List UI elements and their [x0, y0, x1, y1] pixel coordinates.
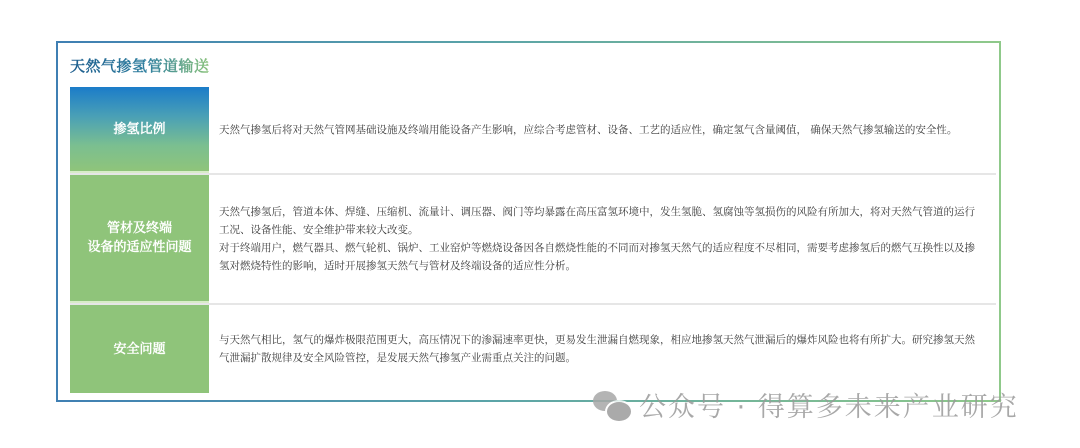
row-content: 天然气掺氢后，管道本体、焊缝、压缩机、流量计、调压器、阀门等均暴露在高压富氢环境…	[209, 175, 996, 303]
paragraph: 天然气掺氢后，管道本体、焊缝、压缩机、流量计、调压器、阀门等均暴露在高压富氢环境…	[219, 203, 984, 239]
wechat-icon	[593, 389, 631, 421]
page-title: 天然气掺氢管道输送	[70, 55, 210, 76]
paragraph: 对于终端用户，燃气器具、燃气轮机、锅炉、工业窑炉等燃烧设备因各自燃烧性能的不同而…	[219, 239, 984, 275]
row-label: 掺氢比例	[70, 87, 209, 173]
row-content: 与天然气相比，氢气的爆炸极限范围更大，高压情况下的渗漏速率更快，更易发生泄漏自燃…	[209, 305, 996, 393]
row-label: 安全问题	[70, 305, 209, 393]
row-label: 管材及终端 设备的适应性问题	[70, 175, 209, 303]
row-label-text: 掺氢比例	[113, 120, 165, 139]
watermark: 公众号 · 得算多未来产业研究	[593, 385, 1019, 424]
content-frame: 天然气掺氢管道输送 掺氢比例 天然气掺氢后将对天然气管网基础设施及终端用能设备产…	[56, 41, 1001, 402]
paragraph: 与天然气相比，氢气的爆炸极限范围更大，高压情况下的渗漏速率更快，更易发生泄漏自燃…	[219, 331, 984, 367]
canvas: 天然气掺氢管道输送 掺氢比例 天然气掺氢后将对天然气管网基础设施及终端用能设备产…	[0, 0, 1080, 448]
table-row-material-adaptability: 管材及终端 设备的适应性问题 天然气掺氢后，管道本体、焊缝、压缩机、流量计、调压…	[70, 175, 996, 305]
row-label-text: 管材及终端	[87, 219, 191, 238]
row-label-text: 安全问题	[113, 340, 165, 359]
info-table: 掺氢比例 天然气掺氢后将对天然气管网基础设施及终端用能设备产生影响，应综合考虑管…	[70, 87, 996, 393]
table-row-safety: 安全问题 与天然气相比，氢气的爆炸极限范围更大，高压情况下的渗漏速率更快，更易发…	[70, 305, 996, 393]
paragraph: 天然气掺氢后将对天然气管网基础设施及终端用能设备产生影响，应综合考虑管材、设备、…	[219, 121, 957, 139]
watermark-text: 公众号 · 得算多未来产业研究	[639, 385, 1019, 424]
row-content: 天然气掺氢后将对天然气管网基础设施及终端用能设备产生影响，应综合考虑管材、设备、…	[209, 87, 996, 173]
table-row-hydrogen-ratio: 掺氢比例 天然气掺氢后将对天然气管网基础设施及终端用能设备产生影响，应综合考虑管…	[70, 87, 996, 175]
row-label-text: 设备的适应性问题	[87, 238, 191, 257]
